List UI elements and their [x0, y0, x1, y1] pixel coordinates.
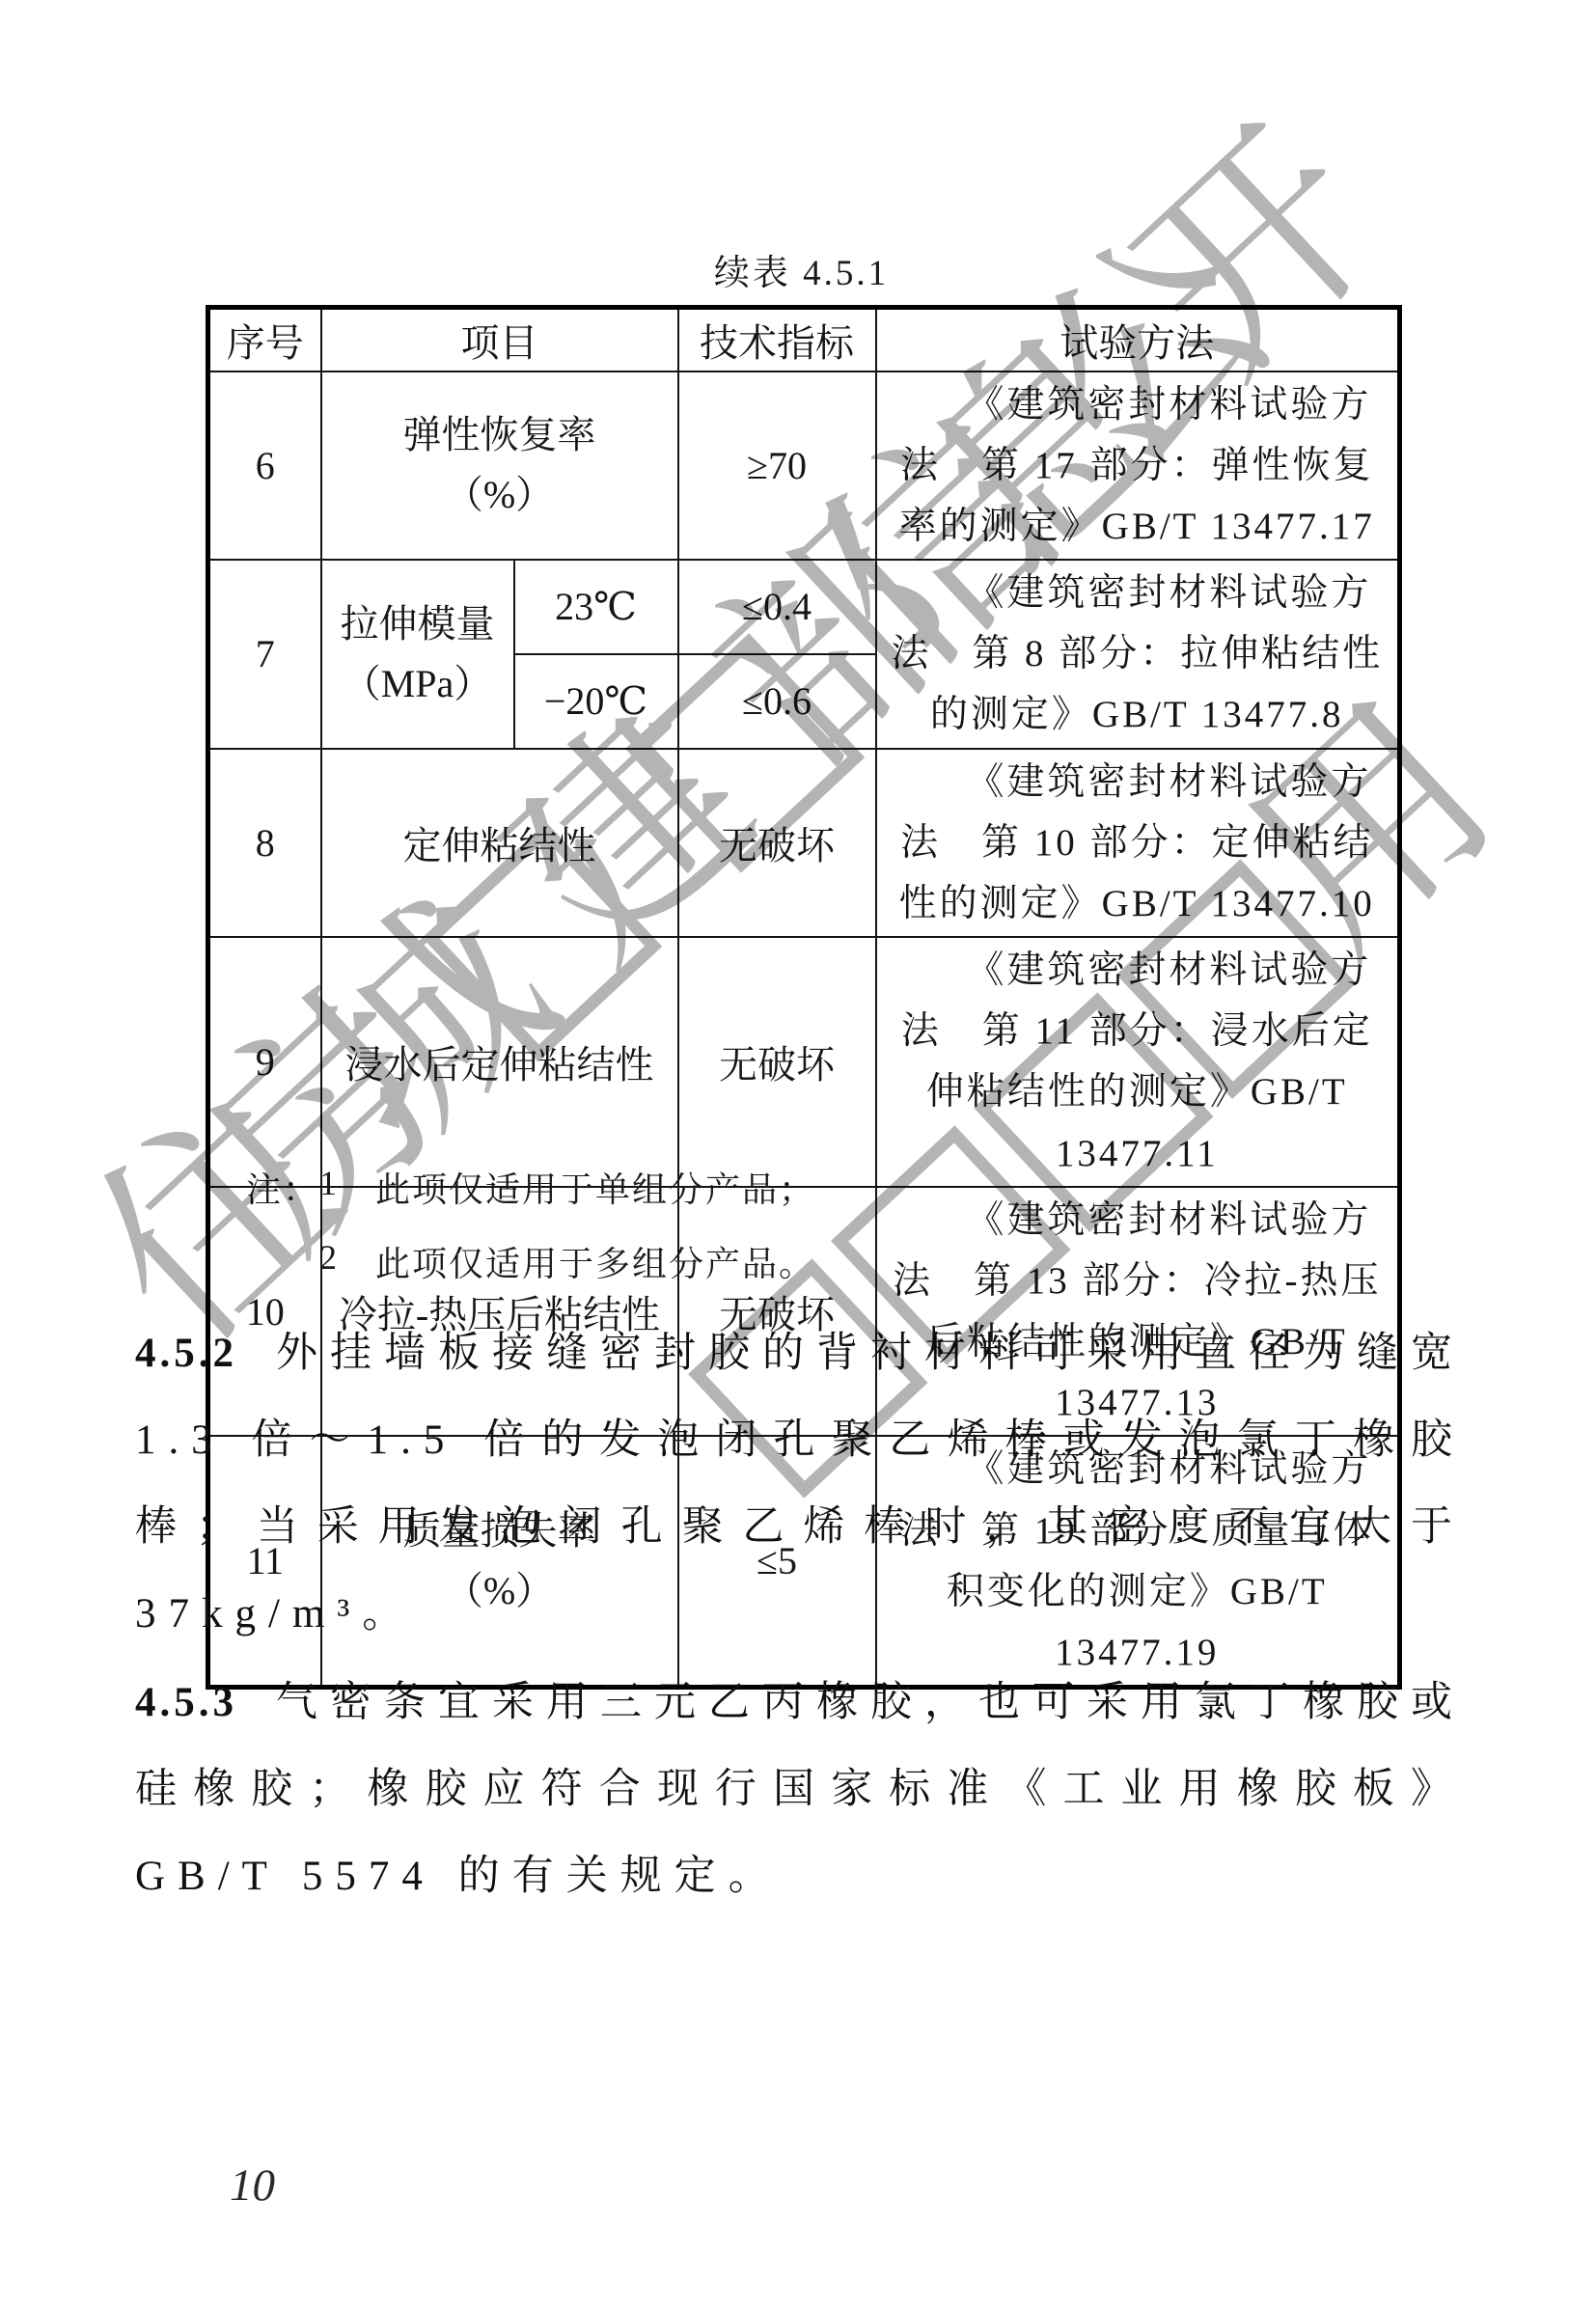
row-method: 《建筑密封材料试验方法 第 11 部分：浸水后定伸粘结性的测定》GB/T 134…: [876, 937, 1400, 1187]
note-line: 注： 2 此项仅适用于多组分产品。: [246, 1237, 815, 1286]
note-text: 此项仅适用于单组分产品；: [375, 1163, 815, 1212]
clause-text: 外挂墙板接缝密封胶的背衬材料可采用直径为缝宽 1.3 倍～1.5 倍的发泡闭孔聚…: [135, 1331, 1465, 1637]
clauses: 4.5.2外挂墙板接缝密封胶的背衬材料可采用直径为缝宽 1.3 倍～1.5 倍的…: [135, 1310, 1465, 1922]
col-header-method: 试验方法: [876, 308, 1400, 371]
row-item: 定伸粘结性: [321, 749, 678, 938]
row-condition: 23℃: [514, 560, 678, 654]
note-number: 1: [319, 1163, 339, 1212]
row-method: 《建筑密封材料试验方法 第 10 部分：定伸粘结性的测定》GB/T 13477.…: [876, 749, 1400, 938]
page-number: 10: [230, 2160, 275, 2212]
clause-4-5-2: 4.5.2外挂墙板接缝密封胶的背衬材料可采用直径为缝宽 1.3 倍～1.5 倍的…: [135, 1310, 1465, 1658]
clause-number: 4.5.2: [135, 1331, 237, 1376]
row-no: 9: [208, 937, 321, 1187]
clause-text: 气密条宜采用三元乙丙橡胶，也可采用氯丁橡胶或硅橡胶；橡胶应符合现行国家标准《工业…: [135, 1680, 1465, 1899]
row-indicator: ≤0.4: [678, 560, 876, 654]
clause-4-5-3: 4.5.3气密条宜采用三元乙丙橡胶，也可采用氯丁橡胶或硅橡胶；橡胶应符合现行国家…: [135, 1660, 1465, 1920]
row-indicator: ≤0.6: [678, 654, 876, 749]
table-header-row: 序号 项目 技术指标 试验方法: [208, 308, 1400, 371]
row-no: 8: [208, 749, 321, 938]
row-no: 7: [208, 560, 321, 749]
row-indicator: 无破坏: [678, 937, 876, 1187]
table-row: 8 定伸粘结性 无破坏 《建筑密封材料试验方法 第 10 部分：定伸粘结性的测定…: [208, 749, 1400, 938]
row-method: 《建筑密封材料试验方法 第 8 部分：拉伸粘结性的测定》GB/T 13477.8: [876, 560, 1400, 749]
table-title: 续表 4.5.1: [206, 243, 1397, 295]
note-label: 注：: [246, 1163, 319, 1212]
note-number: 2: [319, 1237, 339, 1286]
row-item: 拉伸模量 （MPa）: [321, 560, 514, 749]
table-row: 9 浸水后定伸粘结性 无破坏 《建筑密封材料试验方法 第 11 部分：浸水后定伸…: [208, 937, 1400, 1187]
row-method: 《建筑密封材料试验方法 第 17 部分：弹性恢复率的测定》GB/T 13477.…: [876, 371, 1400, 561]
clause-number: 4.5.3: [135, 1680, 237, 1725]
row-condition: −20℃: [514, 654, 678, 749]
table-row: 7 拉伸模量 （MPa） 23℃ ≤0.4 《建筑密封材料试验方法 第 8 部分…: [208, 560, 1400, 654]
col-header-no: 序号: [208, 308, 321, 371]
col-header-indicator: 技术指标: [678, 308, 876, 371]
table-row: 6 弹性恢复率 （%） ≥70 《建筑密封材料试验方法 第 17 部分：弹性恢复…: [208, 371, 1400, 561]
row-item: 浸水后定伸粘结性: [321, 937, 678, 1187]
table-notes: 注： 1 此项仅适用于单组分产品； 注： 2 此项仅适用于多组分产品。: [246, 1163, 815, 1311]
document-page: 续表 4.5.1 序号 项目 技术指标 试验方法 6 弹性恢复率 （%） ≥70…: [0, 0, 1596, 2311]
row-no: 6: [208, 371, 321, 561]
row-indicator: ≥70: [678, 371, 876, 561]
col-header-item: 项目: [321, 308, 678, 371]
row-indicator: 无破坏: [678, 749, 876, 938]
note-line: 注： 1 此项仅适用于单组分产品；: [246, 1163, 815, 1212]
note-text: 此项仅适用于多组分产品。: [375, 1237, 815, 1286]
row-item: 弹性恢复率 （%）: [321, 371, 678, 561]
